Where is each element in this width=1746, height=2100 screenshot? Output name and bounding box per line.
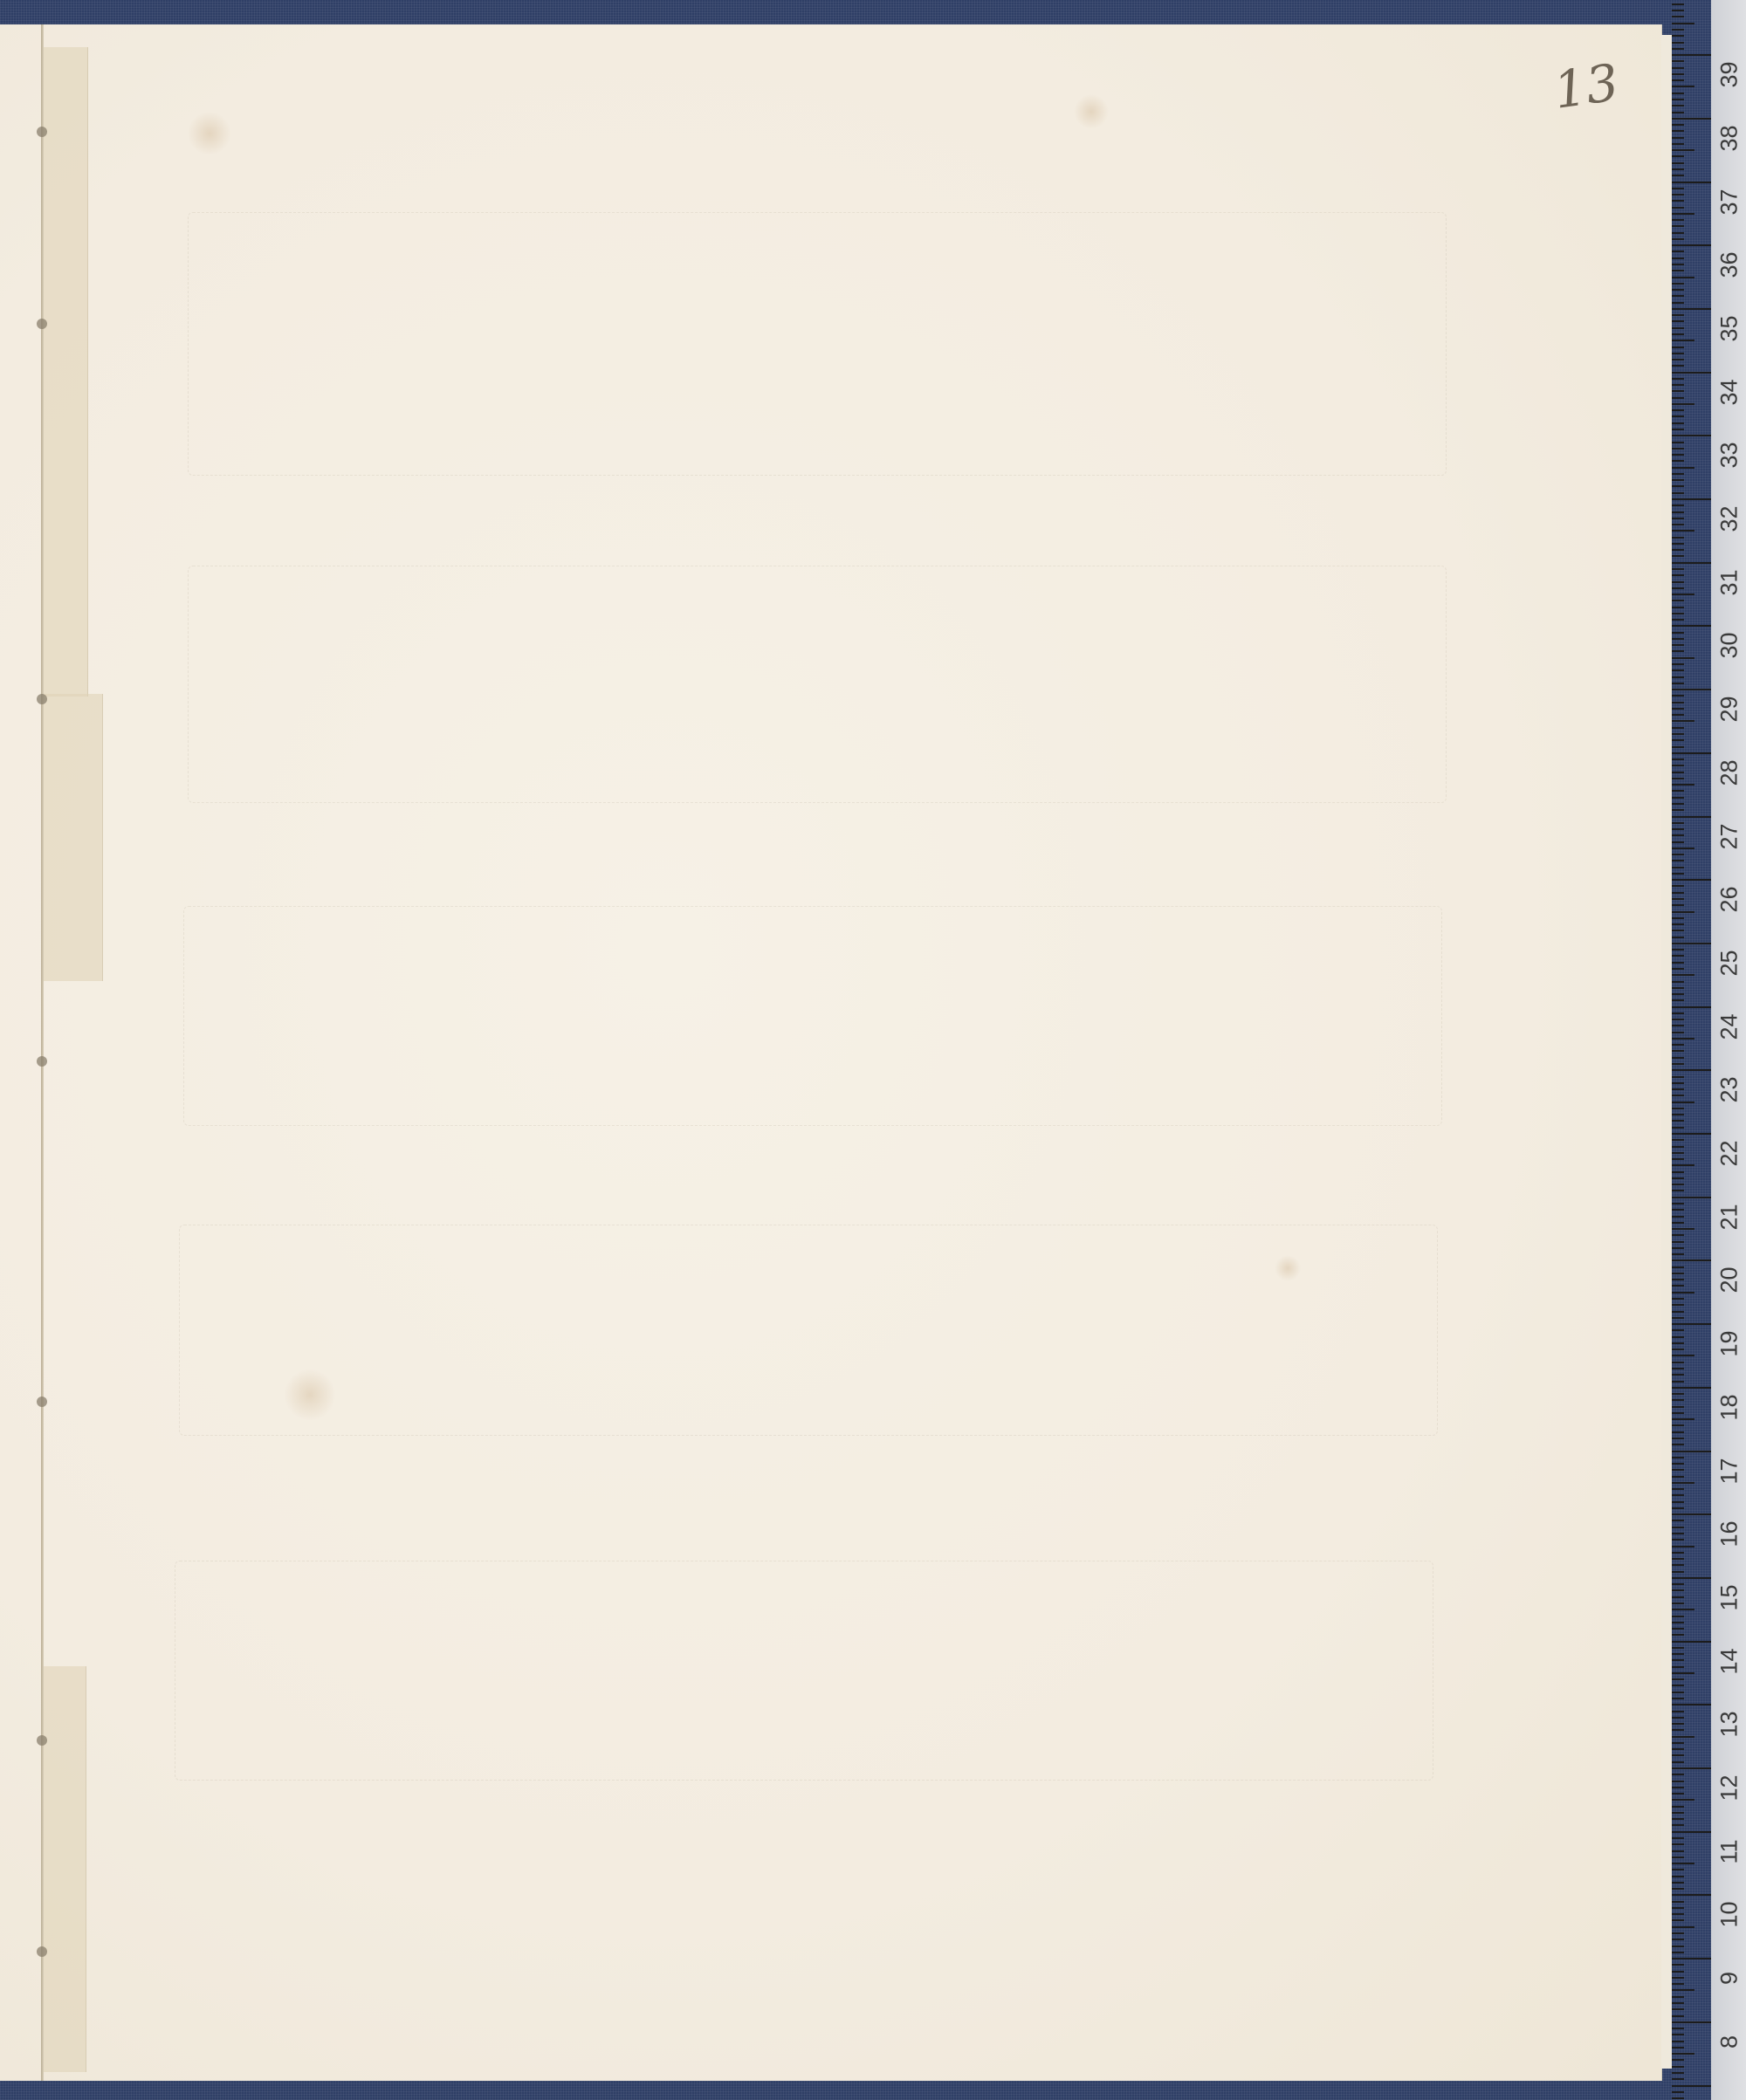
foxing-stain (284, 1369, 336, 1421)
ruler-tick (1672, 409, 1684, 411)
ruler-tick (1672, 16, 1684, 17)
ruler-tick (1672, 225, 1684, 227)
ruler-tick (1672, 1628, 1684, 1630)
ruler-tick (1672, 860, 1684, 861)
ruler-tick (1672, 587, 1684, 589)
ruler-tick (1672, 981, 1684, 983)
ruler-tick (1672, 504, 1684, 506)
ruler-tick (1672, 460, 1684, 462)
ruler-tick (1672, 207, 1684, 209)
ruler-scale (1672, 0, 1711, 2100)
ruler-tick (1672, 492, 1684, 494)
ruler-label: 16 (1716, 1520, 1743, 1549)
ruler-tick (1672, 708, 1684, 710)
ruler-tick (1672, 1589, 1684, 1591)
ruler-tick (1672, 1869, 1684, 1870)
ruler-label: 33 (1716, 441, 1743, 470)
ruler-tick (1672, 1444, 1684, 1445)
ruler-tick (1672, 772, 1684, 773)
ruler-tick (1672, 372, 1711, 374)
ruler-tick (1672, 676, 1684, 678)
binding-tape (44, 47, 88, 697)
ruler-tick (1672, 1412, 1684, 1414)
ruler-tick (1672, 162, 1684, 164)
bleed-through-diagram-3 (183, 906, 1442, 1126)
ruler-tick (1672, 347, 1684, 348)
ruler-tick (1672, 1824, 1684, 1826)
ruler-tick (1672, 568, 1684, 570)
ruler-tick (1672, 702, 1684, 703)
ruler-tick (1672, 1044, 1684, 1046)
ruler-tick (1672, 353, 1684, 354)
ruler-tick (1672, 1133, 1711, 1135)
ruler-tick (1672, 1025, 1684, 1026)
ruler-label: 38 (1716, 123, 1743, 153)
ruler-tick (1672, 1146, 1684, 1148)
ruler-tick (1672, 257, 1684, 259)
ruler-tick (1672, 937, 1684, 938)
ruler-tick (1672, 1907, 1684, 1909)
ruler-tick (1672, 1837, 1684, 1839)
ruler-tick (1672, 663, 1684, 665)
ruler-tick (1672, 600, 1684, 601)
ruler-tick (1672, 644, 1684, 646)
ruler-tick (1672, 822, 1684, 824)
ruler-tick (1672, 194, 1684, 196)
ruler-tick (1672, 1806, 1684, 1808)
ruler-tick (1672, 619, 1684, 621)
ruler-tick (1672, 1653, 1684, 1655)
ruler-tick (1672, 1317, 1684, 1319)
ruler-tick (1672, 1190, 1684, 1191)
ruler-tick (1672, 1063, 1684, 1065)
ruler-tick (1672, 48, 1684, 50)
ruler-tick (1672, 1717, 1684, 1719)
ruler-tick (1672, 1279, 1684, 1280)
ruler-tick (1672, 1894, 1711, 1896)
ruler-tick (1672, 885, 1684, 887)
ruler-tick (1672, 1488, 1684, 1490)
ruler-tick (1672, 250, 1684, 252)
ruler-tick (1672, 264, 1684, 265)
ruler-tick (1672, 1184, 1684, 1185)
ruler-tick (1672, 155, 1684, 157)
ruler-tick (1672, 1520, 1684, 1521)
ruler-tick (1672, 67, 1684, 69)
ruler-tick (1672, 1285, 1684, 1287)
ruler-tick (1672, 1355, 1694, 1356)
ruler-tick (1672, 1742, 1684, 1744)
ruler-tick (1672, 1127, 1684, 1129)
ruler-tick (1672, 809, 1684, 811)
ruler-tick (1672, 1171, 1684, 1173)
ruler-label: 31 (1716, 567, 1743, 597)
ruler-tick (1672, 422, 1684, 424)
ruler-label: 9 (1716, 1964, 1743, 1994)
ruler-tick (1672, 1564, 1684, 1566)
ruler-tick (1672, 60, 1684, 62)
ruler-tick (1672, 841, 1684, 843)
ruler-tick (1672, 10, 1684, 11)
foxing-stain (1074, 94, 1109, 129)
ruler-tick (1672, 625, 1711, 627)
ruler-tick (1672, 137, 1684, 139)
ruler-tick (1672, 1273, 1684, 1274)
ruler-tick (1672, 816, 1711, 818)
ruler-label: 24 (1716, 1012, 1743, 1041)
ruler-label: 35 (1716, 313, 1743, 343)
foxing-stain (1275, 1255, 1301, 1281)
ruler-tick (1672, 1641, 1711, 1643)
ruler-tick (1672, 1393, 1684, 1395)
bleed-through-diagram-5 (175, 1561, 1433, 1781)
ruler-tick (1672, 435, 1711, 436)
ruler-tick (1672, 689, 1711, 690)
ruler-tick (1672, 1711, 1684, 1712)
ruler-tick (1672, 1539, 1684, 1541)
ruler-tick (1672, 1666, 1684, 1668)
ruler-tick (1672, 1222, 1684, 1224)
ruler-tick (1672, 1767, 1711, 1769)
ruler-tick (1672, 182, 1711, 183)
ruler-tick (1672, 308, 1711, 310)
ruler-tick (1672, 1329, 1684, 1331)
ruler-tick (1672, 1247, 1684, 1249)
ruler-tick (1672, 2091, 1684, 2093)
ruler-tick (1672, 562, 1711, 564)
ruler-tick (1672, 1139, 1684, 1141)
ruler-tick (1672, 1476, 1684, 1478)
ruler-tick (1672, 403, 1694, 405)
ruler-tick (1672, 790, 1684, 792)
ruler-tick (1672, 79, 1684, 81)
ruler-tick (1672, 797, 1684, 799)
ruler-tick (1672, 1234, 1684, 1236)
ruler-tick (1672, 359, 1684, 360)
ruler-tick (1672, 35, 1684, 37)
ruler-tick (1672, 1418, 1694, 1420)
ruler-tick (1672, 1032, 1684, 1033)
ruler-tick (1672, 295, 1684, 297)
ruler-tick (1672, 1241, 1684, 1243)
ruler-tick (1672, 397, 1684, 399)
ruler-tick (1672, 1006, 1711, 1008)
ruler-label: 36 (1716, 250, 1743, 280)
ruler-tick (1672, 3, 1684, 5)
ruler-tick (1672, 1101, 1694, 1103)
ruler-tick (1672, 1672, 1694, 1674)
ruler-tick (1672, 803, 1684, 805)
ruler-tick (1672, 1216, 1684, 1218)
ruler-tick (1672, 854, 1684, 855)
ruler-tick (1672, 73, 1684, 75)
ruler-tick (1672, 29, 1684, 31)
ruler-tick (1672, 607, 1684, 608)
ruler-tick (1672, 993, 1684, 995)
ruler-tick (1672, 1266, 1684, 1268)
ruler-tick (1672, 1952, 1684, 1953)
ruler-tick (1672, 1723, 1684, 1725)
ruler-tick (1672, 2002, 1684, 2004)
ruler-tick (1672, 1863, 1694, 1864)
thread-hole (37, 694, 47, 704)
ruler-tick (1672, 1457, 1684, 1458)
ruler-tick (1672, 1736, 1694, 1738)
ruler-tick (1672, 1958, 1711, 1959)
ruler-tick (1672, 1451, 1711, 1452)
ruler-tick (1672, 892, 1684, 894)
ruler-tick (1672, 1095, 1684, 1096)
ruler-tick (1672, 784, 1694, 786)
ruler-tick (1672, 1292, 1694, 1294)
thread-hole (37, 319, 47, 329)
ruler-tick (1672, 327, 1684, 329)
ruler-label: 21 (1716, 1202, 1743, 1232)
ruler-tick (1672, 448, 1684, 450)
ruler-tick (1672, 2097, 1684, 2099)
ruler-tick (1672, 333, 1684, 335)
ruler-tick (1672, 2066, 1684, 2068)
page-edge (1661, 35, 1672, 2069)
ruler-tick (1672, 99, 1684, 100)
ruler-tick (1672, 1311, 1684, 1313)
ruler-label: 30 (1716, 631, 1743, 661)
ruler-label: 13 (1716, 1710, 1743, 1740)
ruler-tick (1672, 54, 1711, 56)
ruler-tick (1672, 1577, 1711, 1579)
ruler-tick (1672, 2047, 1684, 2049)
ruler-tick (1672, 1069, 1711, 1071)
ruler-label: 26 (1716, 885, 1743, 915)
ruler-tick (1672, 1501, 1684, 1503)
ruler-tick (1672, 168, 1684, 170)
ruler-tick (1672, 1209, 1684, 1211)
ruler-tick (1672, 1818, 1684, 1820)
ruler-tick (1672, 1513, 1711, 1515)
ruler-tick (1672, 365, 1684, 367)
ruler-tick (1672, 2021, 1711, 2023)
ruler-tick (1672, 1323, 1711, 1325)
ruler-tick (1672, 968, 1684, 970)
ruler-tick (1672, 1552, 1684, 1554)
ruler-tick (1672, 1164, 1694, 1166)
ruler-tick (1672, 917, 1684, 919)
ruler-tick (1672, 632, 1684, 634)
ruler-tick (1672, 1228, 1694, 1230)
ruler-tick (1672, 340, 1694, 341)
ruler-tick (1672, 1082, 1684, 1084)
ruler-label: 23 (1716, 1075, 1743, 1105)
ruler-tick (1672, 1203, 1684, 1204)
ruler-tick (1672, 1748, 1684, 1750)
ruler-tick (1672, 1932, 1684, 1934)
ruler-tick (1672, 1888, 1684, 1890)
ruler-tick (1672, 1368, 1684, 1369)
ruler-tick (1672, 1527, 1684, 1528)
ruler-tick (1672, 695, 1684, 697)
ruler-tick (1672, 1913, 1684, 1915)
ruler-label: 11 (1716, 1836, 1743, 1866)
thread-hole (37, 127, 47, 137)
ruler-tick (1672, 283, 1684, 285)
ruler-tick (1672, 1259, 1711, 1261)
ruler-tick (1672, 1856, 1684, 1858)
ruler-tick (1672, 1977, 1684, 1979)
bleed-through-diagram-1 (188, 212, 1447, 476)
ruler-tick (1672, 1793, 1684, 1795)
ruler-tick (1672, 1424, 1684, 1426)
ruler-tick (1672, 987, 1684, 989)
ruler-tick (1672, 1609, 1694, 1610)
ruler-tick (1672, 1754, 1684, 1756)
ruler-tick (1672, 1406, 1684, 1408)
ruler-tick (1672, 1622, 1684, 1623)
page-number: 13 (1550, 52, 1623, 120)
ruler-tick (1672, 1482, 1694, 1484)
ruler-tick (1672, 714, 1684, 716)
ruler-tick (1672, 467, 1694, 469)
ruler-label: 14 (1716, 1646, 1743, 1676)
thread-hole (37, 1735, 47, 1746)
ruler-label: 32 (1716, 504, 1743, 534)
ruler-label: 22 (1716, 1139, 1743, 1169)
ruler-tick (1672, 765, 1684, 766)
ruler-tick (1672, 1602, 1684, 1604)
ruler-tick (1672, 314, 1684, 316)
ruler-tick (1672, 93, 1684, 94)
ruler-tick (1672, 1057, 1684, 1059)
notebook-page (0, 24, 1661, 2081)
ruler-tick (1672, 1971, 1684, 1973)
ruler-tick (1672, 1583, 1684, 1585)
ruler-tick (1672, 1926, 1694, 1928)
ruler-tick (1672, 683, 1684, 684)
ruler-tick (1672, 320, 1684, 322)
ruler-tick (1672, 555, 1684, 557)
ruler-tick (1672, 1850, 1684, 1852)
ruler-tick (1672, 720, 1694, 722)
thread-hole (37, 1397, 47, 1407)
ruler-tick (1672, 1253, 1684, 1255)
ruler-tick (1672, 1012, 1684, 1014)
ruler-tick (1672, 1596, 1684, 1598)
ruler-tick (1672, 1876, 1684, 1877)
ruler-tick (1672, 1362, 1684, 1363)
ruler-tick (1672, 511, 1684, 513)
ruler-tick (1672, 1342, 1684, 1344)
ruler-tick (1672, 1120, 1684, 1122)
ruler-tick (1672, 549, 1684, 551)
ruler-tick (1672, 1158, 1684, 1160)
ruler-tick (1672, 378, 1684, 380)
ruler-tick (1672, 834, 1684, 836)
thread-hole (37, 1946, 47, 1957)
ruler-tick (1672, 904, 1684, 906)
ruler-tick (1672, 1647, 1684, 1649)
ruler-tick (1672, 384, 1684, 386)
ruler-label: 39 (1716, 60, 1743, 90)
ruler-tick (1672, 638, 1684, 640)
ruler-tick (1672, 2034, 1684, 2035)
ruler-tick (1672, 485, 1684, 487)
ruler-label: 34 (1716, 377, 1743, 407)
ruler-tick (1672, 1349, 1684, 1350)
ruler-tick (1672, 479, 1684, 481)
ruler-tick (1672, 442, 1684, 443)
ruler-tick (1672, 1304, 1684, 1306)
ruler-tick (1672, 999, 1684, 1001)
ruler-tick (1672, 143, 1684, 145)
ruler-label: 37 (1716, 187, 1743, 216)
ruler-tick (1672, 746, 1684, 748)
ruler-tick (1672, 130, 1684, 132)
binding-tape (44, 694, 103, 981)
ruler-label: 27 (1716, 821, 1743, 851)
ruler-tick (1672, 1831, 1711, 1833)
ruler-label: 18 (1716, 1392, 1743, 1422)
ruler-tick (1672, 1494, 1684, 1496)
ruler-tick (1672, 1298, 1684, 1300)
ruler-tick (1672, 1729, 1684, 1731)
ruler-tick (1672, 650, 1684, 652)
ruler-tick (1672, 2072, 1684, 2074)
ruler-label: 20 (1716, 1266, 1743, 1295)
ruler-tick (1672, 1616, 1684, 1617)
ruler-tick (1672, 2053, 1694, 2055)
ruler-tick (1672, 1812, 1684, 1814)
ruler-tick (1672, 955, 1684, 957)
ruler-tick (1672, 1387, 1711, 1389)
ruler-tick (1672, 1882, 1684, 1884)
ruler-tick (1672, 188, 1684, 189)
ruler-tick (1672, 105, 1684, 106)
ruler-tick (1672, 848, 1694, 849)
ruler-tick (1672, 1114, 1684, 1115)
ruler-tick (1672, 1197, 1711, 1198)
ruler-tick (1672, 657, 1694, 659)
ruler-tick (1672, 1774, 1684, 1775)
ruler-tick (1672, 1336, 1684, 1338)
ruler-tick (1672, 2041, 1684, 2042)
ruler-tick (1672, 669, 1684, 671)
ruler-tick (1672, 613, 1684, 614)
ruler-tick (1672, 118, 1711, 120)
ruler-tick (1672, 574, 1684, 576)
ruler-tick (1672, 1989, 1694, 1991)
ruler-tick (1672, 1659, 1684, 1661)
ruler-tick (1672, 930, 1684, 931)
ruler-tick (1672, 943, 1711, 944)
ruler-tick (1672, 1634, 1684, 1636)
ruler-label: 28 (1716, 758, 1743, 787)
ruler-tick (1672, 543, 1684, 545)
ruler-tick (1672, 213, 1694, 215)
ruler-tick (1672, 1533, 1684, 1534)
ruler-label: 17 (1716, 1456, 1743, 1486)
ruler-tick (1672, 518, 1684, 519)
ruler-tick (1672, 879, 1711, 881)
ruler-tick (1672, 270, 1684, 271)
ruler-tick (1672, 1692, 1684, 1693)
ruler-tick (1672, 1177, 1684, 1179)
ruler-tick (1672, 758, 1684, 760)
ruler-tick (1672, 124, 1684, 126)
ruler-tick (1672, 1946, 1684, 1947)
ruler-tick (1672, 923, 1684, 925)
ruler-tick (1672, 1685, 1684, 1686)
ruler-tick (1672, 454, 1684, 456)
ruler-tick (1672, 244, 1711, 246)
